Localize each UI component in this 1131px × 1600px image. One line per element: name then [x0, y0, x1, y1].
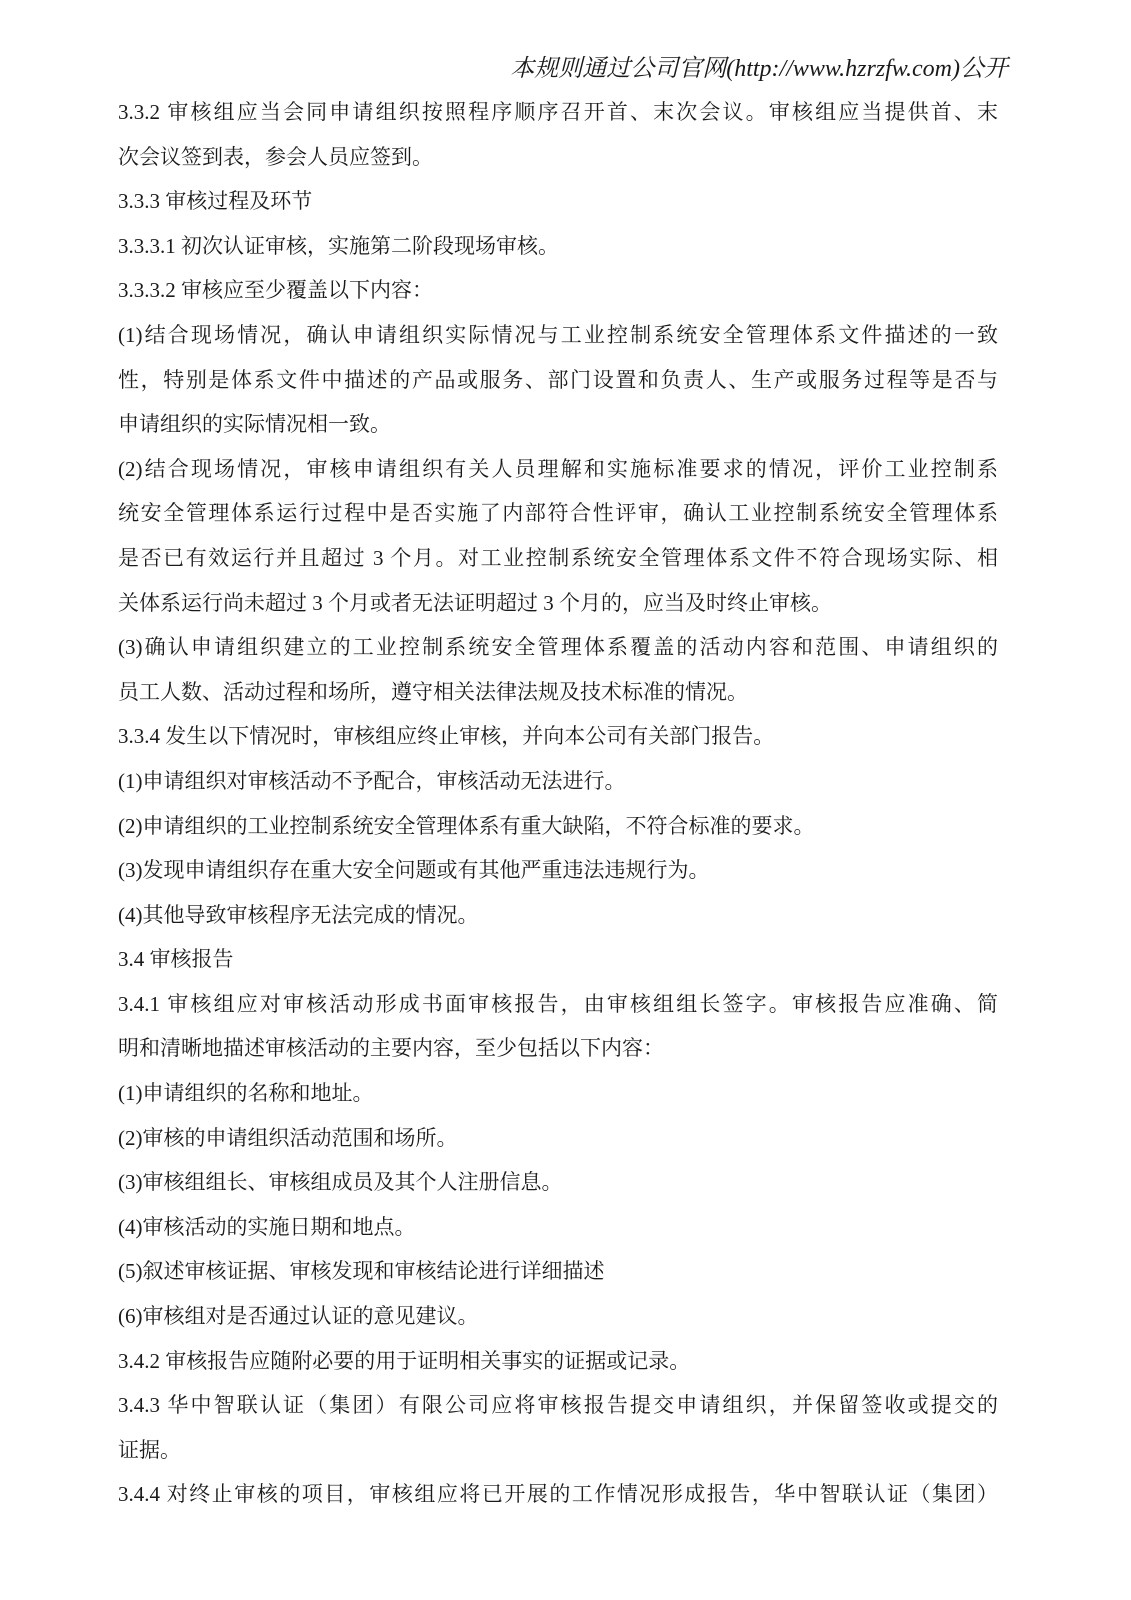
- doc-line-29: 3.4.2 审核报告应随附必要的用于证明相关事实的证据或记录。: [118, 1339, 998, 1384]
- doc-line-14: 员工人数、活动过程和场所，遵守相关法律法规及技术标准的情况。: [118, 670, 998, 715]
- doc-line-07: 性，特别是体系文件中描述的产品或服务、部门设置和负责人、生产或服务过程等是否与: [118, 358, 998, 403]
- doc-line-04: 3.3.3.1 初次认证审核，实施第二阶段现场审核。: [118, 224, 998, 269]
- doc-line-25: (3)审核组组长、审核组成员及其个人注册信息。: [118, 1160, 998, 1205]
- doc-line-17: (2)申请组织的工业控制系统安全管理体系有重大缺陷，不符合标准的要求。: [118, 804, 998, 849]
- doc-line-09: (2)结合现场情况，审核申请组织有关人员理解和实施标准要求的情况，评价工业控制系: [118, 447, 998, 492]
- doc-line-16: (1)申请组织对审核活动不予配合，审核活动无法进行。: [118, 759, 998, 804]
- page-header-note: 本规则通过公司官网(http://www.hzrzfw.com)公开: [118, 54, 1008, 85]
- doc-line-22: 明和清晰地描述审核活动的主要内容，至少包括以下内容：: [118, 1026, 998, 1071]
- document-page: 本规则通过公司官网(http://www.hzrzfw.com)公开 3.3.2…: [0, 0, 1131, 1600]
- doc-line-12: 关体系运行尚未超过 3 个月或者无法证明超过 3 个月的，应当及时终止审核。: [118, 581, 998, 626]
- doc-line-24: (2)审核的申请组织活动范围和场所。: [118, 1116, 998, 1161]
- doc-line-05: 3.3.3.2 审核应至少覆盖以下内容：: [118, 268, 998, 313]
- doc-line-18: (3)发现申请组织存在重大安全问题或有其他严重违法违规行为。: [118, 848, 998, 893]
- doc-line-01: 3.3.2 审核组应当会同申请组织按照程序顺序召开首、末次会议。审核组应当提供首…: [118, 90, 998, 135]
- doc-line-32: 3.4.4 对终止审核的项目，审核组应将已开展的工作情况形成报告，华中智联认证（…: [118, 1472, 998, 1517]
- doc-line-26: (4)审核活动的实施日期和地点。: [118, 1205, 998, 1250]
- doc-line-30: 3.4.3 华中智联认证（集团）有限公司应将审核报告提交申请组织，并保留签收或提…: [118, 1383, 998, 1428]
- doc-line-06: (1)结合现场情况，确认申请组织实际情况与工业控制系统安全管理体系文件描述的一致: [118, 313, 998, 358]
- doc-line-23: (1)申请组织的名称和地址。: [118, 1071, 998, 1116]
- doc-line-03: 3.3.3 审核过程及环节: [118, 179, 998, 224]
- doc-line-31: 证据。: [118, 1428, 998, 1473]
- doc-line-02: 次会议签到表，参会人员应签到。: [118, 135, 998, 180]
- doc-line-21: 3.4.1 审核组应对审核活动形成书面审核报告，由审核组组长签字。审核报告应准确…: [118, 982, 998, 1027]
- doc-line-15: 3.3.4 发生以下情况时，审核组应终止审核，并向本公司有关部门报告。: [118, 714, 998, 759]
- doc-line-10: 统安全管理体系运行过程中是否实施了内部符合性评审，确认工业控制系统安全管理体系: [118, 491, 998, 536]
- doc-line-20: 3.4 审核报告: [118, 937, 998, 982]
- document-body: 3.3.2 审核组应当会同申请组织按照程序顺序召开首、末次会议。审核组应当提供首…: [118, 90, 998, 1517]
- doc-line-08: 申请组织的实际情况相一致。: [118, 402, 998, 447]
- doc-line-19: (4)其他导致审核程序无法完成的情况。: [118, 893, 998, 938]
- doc-line-27: (5)叙述审核证据、审核发现和审核结论进行详细描述: [118, 1249, 998, 1294]
- doc-line-11: 是否已有效运行并且超过 3 个月。对工业控制系统安全管理体系文件不符合现场实际、…: [118, 536, 998, 581]
- doc-line-28: (6)审核组对是否通过认证的意见建议。: [118, 1294, 998, 1339]
- doc-line-13: (3)确认申请组织建立的工业控制系统安全管理体系覆盖的活动内容和范围、申请组织的: [118, 625, 998, 670]
